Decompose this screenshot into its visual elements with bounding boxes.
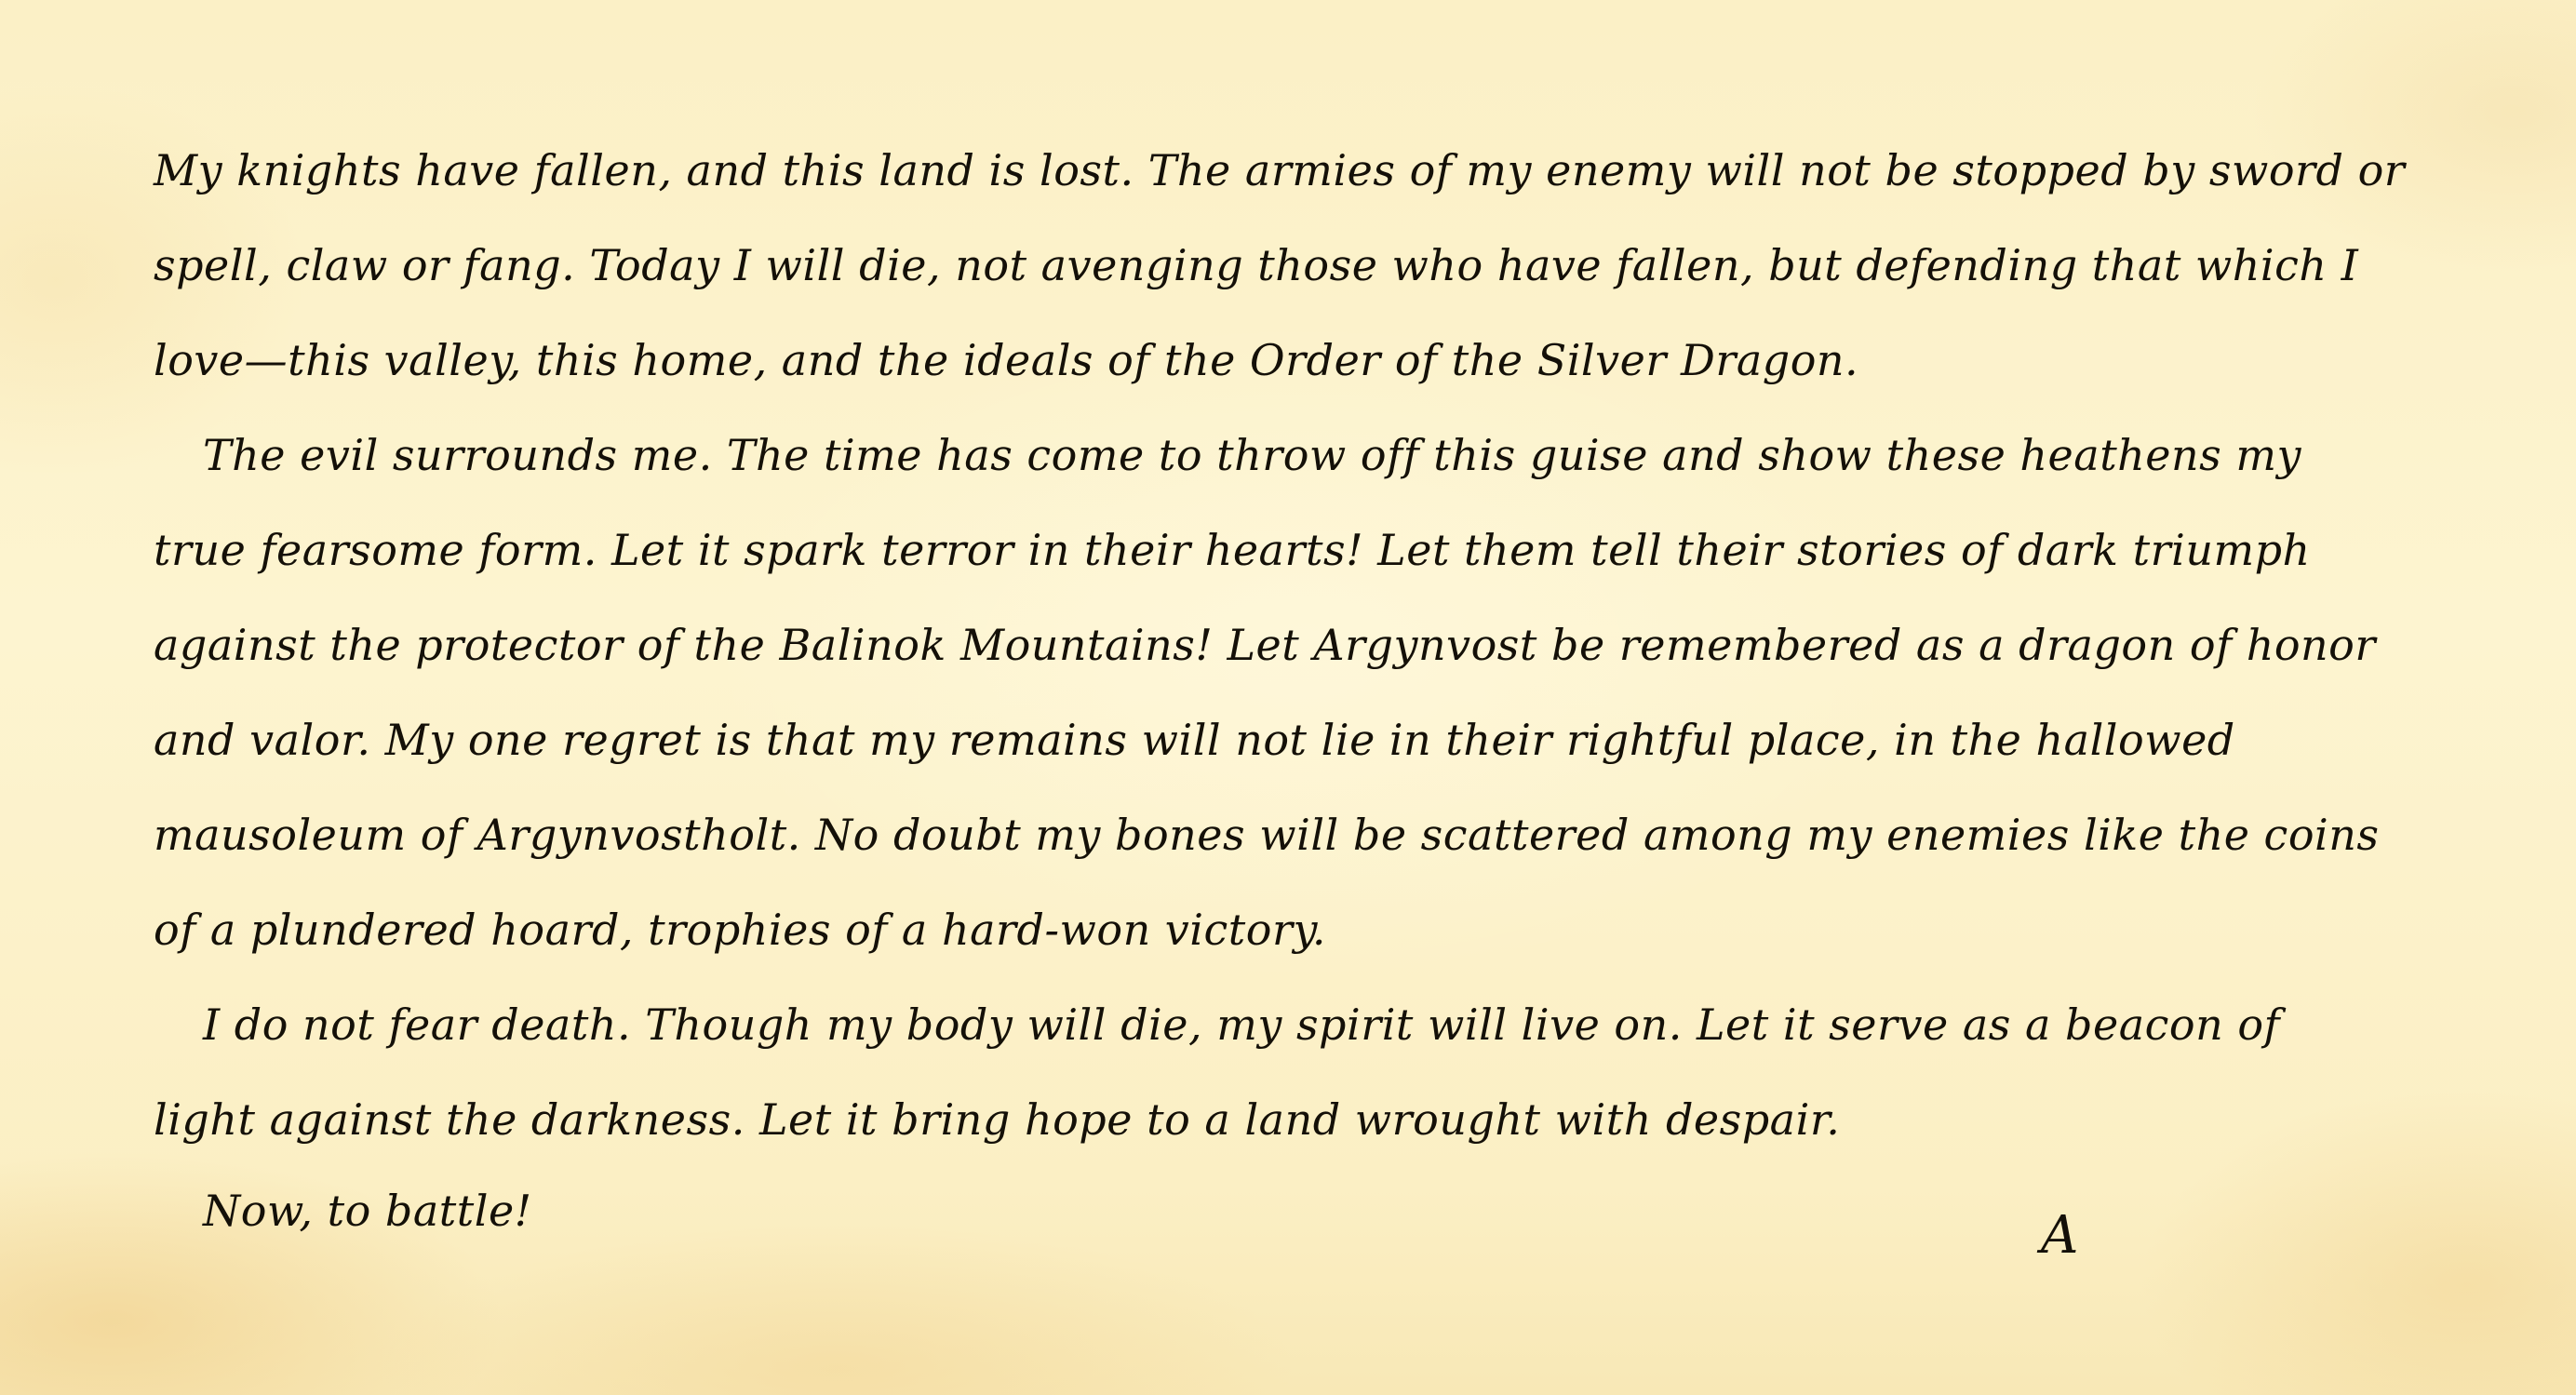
letter-line-9: of a plundered hoard, trophies of a hard… — [154, 908, 1326, 951]
letter-line-2: spell, claw or fang. Today I will die, n… — [154, 244, 2358, 287]
parchment-letter: My knights have fallen, and this land is… — [0, 0, 2576, 1395]
letter-line-1: My knights have fallen, and this land is… — [154, 149, 2405, 192]
letter-line-10: I do not fear death. Though my body will… — [203, 1003, 2280, 1046]
letter-line-7: and valor. My one regret is that my rema… — [154, 718, 2235, 761]
letter-line-6: against the protector of the Balinok Mou… — [154, 624, 2376, 666]
letter-line-12: Now, to battle! — [203, 1189, 532, 1232]
letter-line-3: love—this valley, this home, and the ide… — [154, 339, 1858, 382]
letter-line-8: mausoleum of Argynvostholt. No doubt my … — [154, 813, 2379, 856]
letter-line-5: true fearsome form. Let it spark terror … — [154, 529, 2311, 571]
letter-line-4: The evil surrounds me. The time has come… — [203, 434, 2301, 476]
signature: A — [2041, 1210, 2078, 1262]
letter-line-11: light against the darkness. Let it bring… — [154, 1098, 1840, 1141]
